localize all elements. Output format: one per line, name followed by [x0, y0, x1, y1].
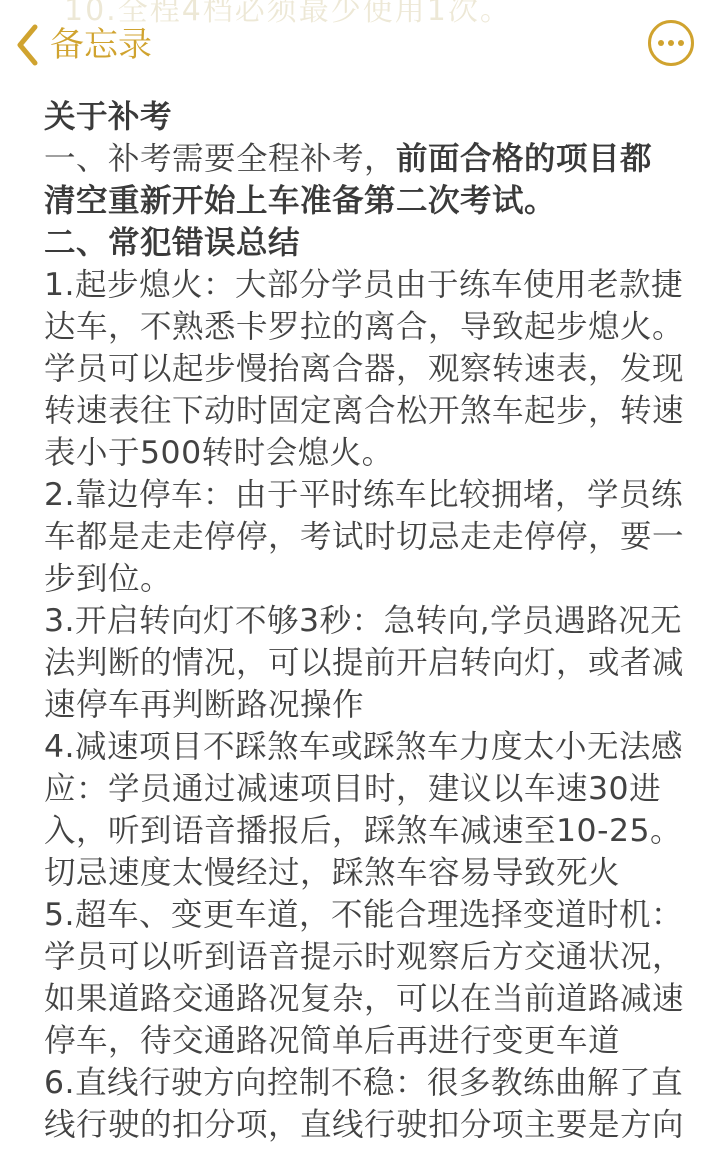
- ellipsis-dot: [658, 40, 664, 46]
- chevron-left-icon: [14, 23, 40, 67]
- note-paragraph: 3.开启转向灯不够3秒：急转向,学员遇路况无法判断的情况，可以提前开启转向灯，或…: [44, 600, 684, 726]
- note-text: 一、补考需要全程补考，: [44, 141, 396, 177]
- note-text: 6.直线行驶方向控制不稳：很多教练曲解了直线行驶的扣分项，直线行驶扣分项主要是方…: [44, 1065, 684, 1143]
- note-title: 关于补考: [44, 96, 684, 138]
- ellipsis-dot: [678, 40, 684, 46]
- note-text: 3.开启转向灯不够3秒：急转向,学员遇路况无法判断的情况，可以提前开启转向灯，或…: [44, 603, 684, 723]
- note-text: 5.超车、变更车道，不能合理选择变道时机：学员可以听到语音提示时观察后方交通状况…: [44, 897, 684, 1059]
- note-paragraph: 一、补考需要全程补考，前面合格的项目都清空重新开始上车准备第二次考试。: [44, 138, 684, 222]
- ellipsis-dot: [668, 40, 674, 46]
- note-paragraph: 1.起步熄火：大部分学员由于练车使用老款捷达车，不熟悉卡罗拉的离合，导致起步熄火…: [44, 264, 684, 474]
- ellipsis-circle-icon: [648, 20, 694, 66]
- note-text: 1.起步熄火：大部分学员由于练车使用老款捷达车，不熟悉卡罗拉的离合，导致起步熄火…: [44, 267, 684, 471]
- note-paragraph: 二、常犯错误总结: [44, 222, 684, 264]
- notes-app-screen: 10.全程4档必须最少使用1次。 备忘录 关于补考 一、补考需要全程补考，前面合…: [0, 0, 720, 1151]
- note-paragraph: 2.靠边停车：由于平时练车比较拥堵，学员练车都是走走停停，考试时切忌走走停停，要…: [44, 474, 684, 600]
- more-options-button[interactable]: [648, 20, 694, 66]
- note-paragraph: 5.超车、变更车道，不能合理选择变道时机：学员可以听到语音提示时观察后方交通状况…: [44, 894, 684, 1062]
- note-content[interactable]: 关于补考 一、补考需要全程补考，前面合格的项目都清空重新开始上车准备第二次考试。…: [0, 86, 720, 1146]
- note-paragraph: 4.减速项目不踩煞车或踩煞车力度太小无法感应：学员通过减速项目时，建议以车速30…: [44, 726, 684, 894]
- back-button-label: 备忘录: [50, 22, 152, 68]
- navigation-bar: 备忘录: [0, 0, 720, 86]
- note-text: 2.靠边停车：由于平时练车比较拥堵，学员练车都是走走停停，考试时切忌走走停停，要…: [44, 477, 684, 597]
- note-text-bold: 二、常犯错误总结: [44, 225, 300, 261]
- back-button[interactable]: 备忘录: [14, 22, 152, 68]
- note-paragraph: 6.直线行驶方向控制不稳：很多教练曲解了直线行驶的扣分项，直线行驶扣分项主要是方…: [44, 1062, 684, 1146]
- note-paragraphs: 一、补考需要全程补考，前面合格的项目都清空重新开始上车准备第二次考试。二、常犯错…: [44, 138, 684, 1146]
- note-text: 4.减速项目不踩煞车或踩煞车力度太小无法感应：学员通过减速项目时，建议以车速30…: [44, 729, 683, 891]
